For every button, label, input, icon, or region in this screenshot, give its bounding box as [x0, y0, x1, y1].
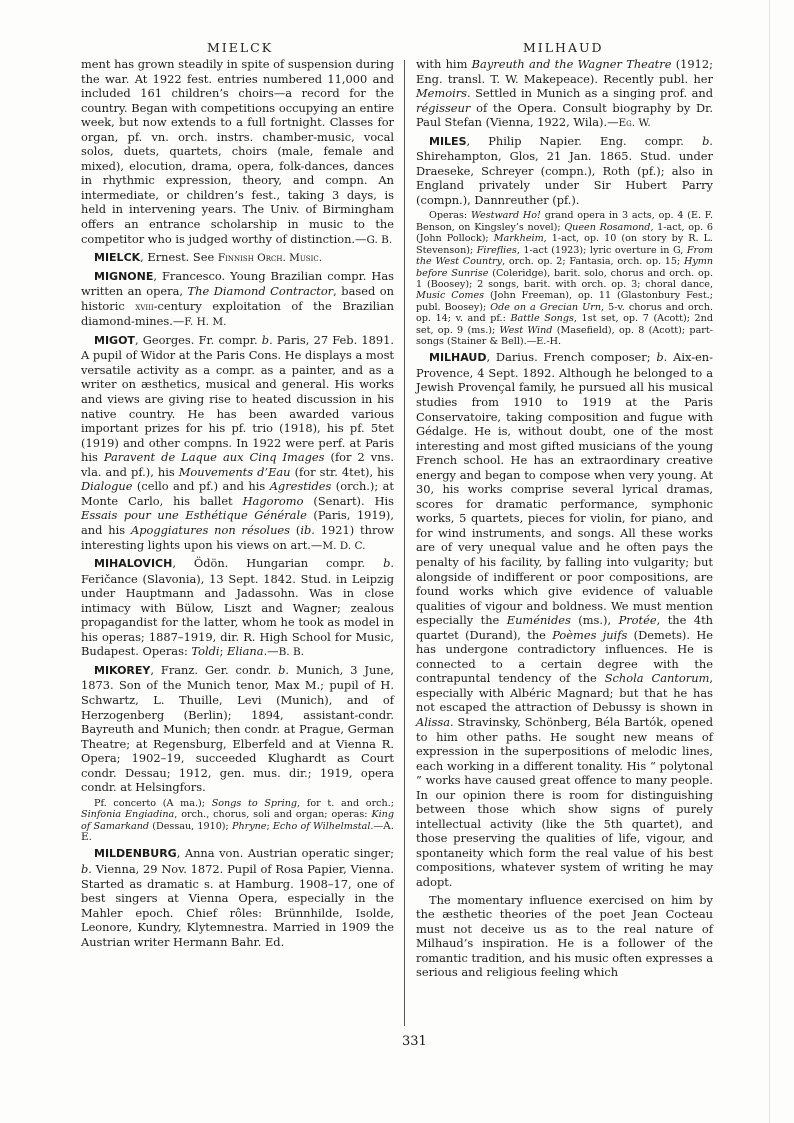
continued-entry-mildenburg: with him Bayreuth and the Wagner Theatre…	[416, 57, 713, 131]
entry-mielck: MIELCK, Ernest. See Finnish Orch. Music.	[81, 250, 394, 266]
entry-migot: MIGOT, Georges. Fr. compr. b. Paris, 27 …	[81, 333, 394, 553]
headword: MIGNONE	[94, 270, 153, 283]
signature: B. B.	[279, 646, 304, 658]
signature: M. D. C.	[322, 540, 365, 552]
works-list-miles: Operas: Westward Ho! grand opera in 3 ac…	[416, 210, 713, 347]
page-number: 331	[402, 1034, 427, 1049]
entry-milhaud: MILHAUD, Darius. French composer; b. Aix…	[416, 350, 713, 889]
left-column: ment has grown steadily in spite of susp…	[81, 57, 394, 952]
entry-milhaud-paragraph-2: The momentary influence exercised on him…	[416, 893, 713, 980]
headword: MIGOT	[94, 334, 135, 347]
works-list-mikorey: Pf. concerto (A ma.); Songs to Spring, f…	[81, 798, 394, 844]
right-column: with him Bayreuth and the Wagner Theatre…	[416, 57, 713, 983]
headword: MILDENBURG	[94, 847, 177, 860]
running-head-left: MIELCK	[207, 40, 273, 55]
headword: MILHAUD	[429, 351, 487, 364]
headword: MIHALOVICH	[94, 557, 172, 570]
entry-mihalovich: MIHALOVICH, Ödön. Hungarian compr. b. Fe…	[81, 556, 394, 660]
running-head-right: MILHAUD	[523, 40, 604, 55]
column-divider	[404, 60, 405, 1026]
page-edge	[769, 0, 770, 1123]
cross-reference: Finnish Orch. Music.	[218, 252, 322, 264]
continued-entry: ment has grown steadily in spite of susp…	[81, 57, 394, 247]
signature: Eg. W.	[618, 117, 650, 129]
signature: F. H. M.	[184, 316, 226, 328]
entry-mikorey: MIKOREY, Franz. Ger. condr. b. Munich, 3…	[81, 663, 394, 795]
signature: G. B.	[366, 234, 392, 246]
entry-mildenburg: MILDENBURG, Anna von. Austrian operatic …	[81, 846, 394, 949]
entry-miles: MILES, Philip Napier. Eng. compr. b. Shi…	[416, 134, 713, 208]
headword: MIKOREY	[94, 664, 150, 677]
entry-mignone: MIGNONE, Francesco. Young Brazilian comp…	[81, 269, 394, 330]
headword: MIELCK	[94, 251, 140, 264]
headword: MILES	[429, 135, 467, 148]
